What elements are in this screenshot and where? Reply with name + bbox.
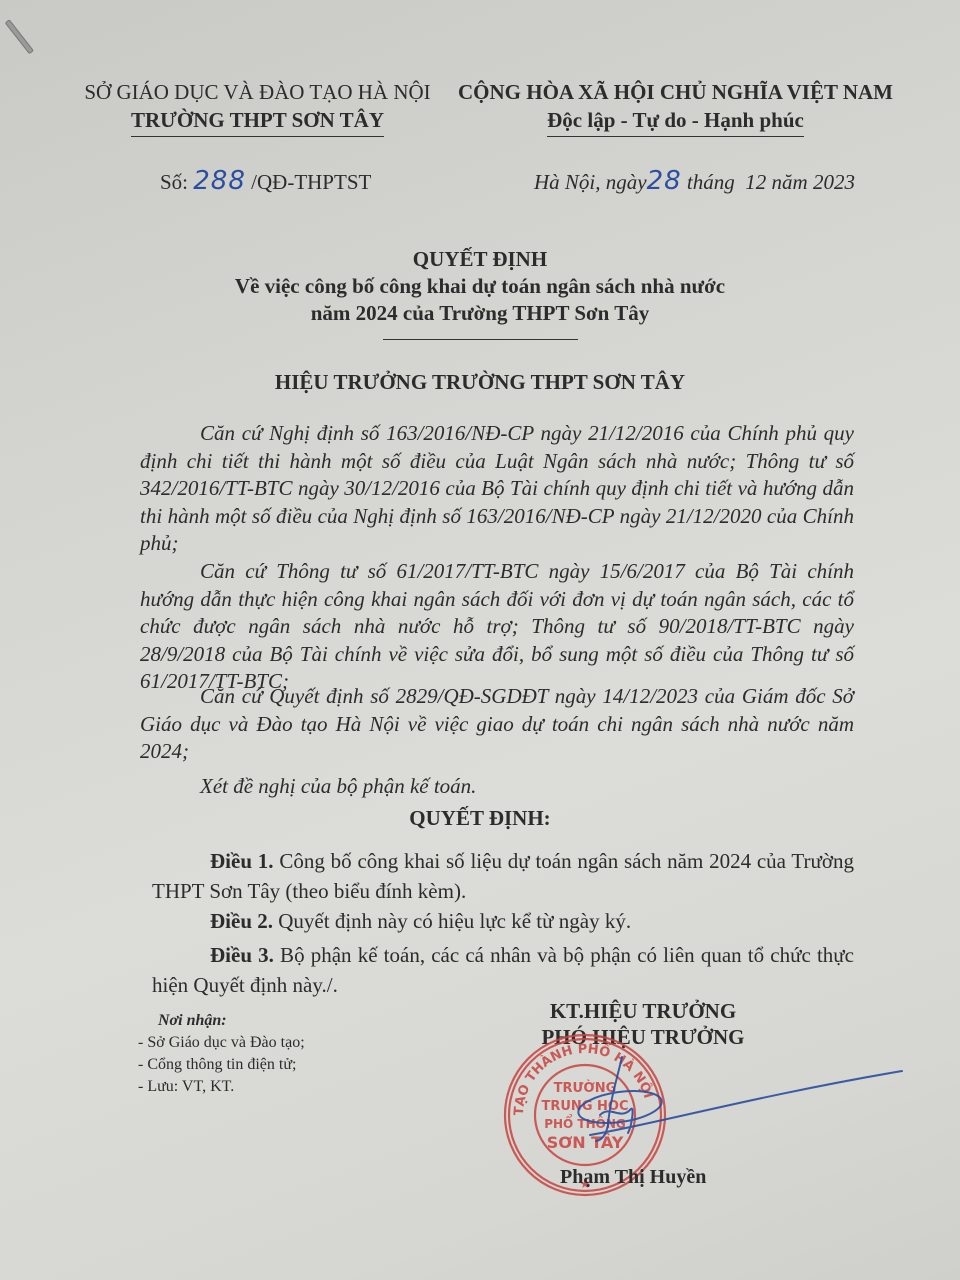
article-3: Điều 3. Bộ phận kế toán, các cá nhân và … (152, 940, 854, 1000)
article-1: Điều 1. Công bố công khai số liệu dự toá… (152, 846, 854, 906)
nation-name: CỘNG HÒA XÃ HỘI CHỦ NGHĨA VIỆT NAM (448, 78, 903, 106)
title-subject-2: năm 2024 của Trường THPT Sơn Tây (130, 300, 830, 327)
recipients-block: Nơi nhận: - Sở Giáo dục và Đào tạo; - Cổ… (138, 1010, 305, 1098)
handwritten-signature-icon (560, 1045, 910, 1155)
recipient-item: - Sở Giáo dục và Đào tạo; (138, 1032, 305, 1054)
issue-date: Hà Nội, ngày28 tháng 12 năm 2023 (534, 166, 855, 196)
agency-name: SỞ GIÁO DỤC VÀ ĐÀO TẠO HÀ NỘI (60, 78, 455, 106)
preamble-paragraph: Xét đề nghị của bộ phận kế toán. (140, 773, 854, 801)
decision-heading: QUYẾT ĐỊNH: (130, 806, 830, 831)
recipient-item: - Cổng thông tin điện tử; (138, 1054, 305, 1076)
recipients-title: Nơi nhận: (138, 1010, 305, 1032)
signer-name: Phạm Thị Huyền (560, 1166, 706, 1189)
preamble-paragraph: Căn cứ Nghị định số 163/2016/NĐ-CP ngày … (140, 420, 854, 558)
title-subject-1: Về việc công bố công khai dự toán ngân s… (130, 273, 830, 300)
issuing-agency-block: SỞ GIÁO DỤC VÀ ĐÀO TẠO HÀ NỘI TRƯỜNG THP… (60, 78, 455, 137)
staple-mark (5, 19, 34, 54)
document-title: QUYẾT ĐỊNH Về việc công bố công khai dự … (130, 246, 830, 340)
recipient-item: - Lưu: VT, KT. (138, 1076, 305, 1098)
handwritten-number: 288 (193, 166, 246, 196)
title-heading: QUYẾT ĐỊNH (130, 246, 830, 273)
article-2: Điều 2. Quyết định này có hiệu lực kể từ… (152, 906, 854, 936)
national-header-block: CỘNG HÒA XÃ HỘI CHỦ NGHĨA VIỆT NAM Độc l… (448, 78, 903, 137)
preamble-paragraph: Căn cứ Quyết định số 2829/QĐ-SGDĐT ngày … (140, 683, 854, 766)
handwritten-day: 28 (647, 166, 682, 196)
school-name: TRƯỜNG THPT SƠN TÂY (131, 106, 384, 137)
issuing-authority: HIỆU TRƯỞNG TRƯỜNG THPT SƠN TÂY (130, 370, 830, 395)
document-number: Số: 288 /QĐ-THPTST (160, 166, 371, 196)
preamble-paragraph: Căn cứ Thông tư số 61/2017/TT-BTC ngày 1… (140, 558, 854, 696)
title-separator (383, 339, 578, 340)
national-motto: Độc lập - Tự do - Hạnh phúc (547, 106, 804, 137)
